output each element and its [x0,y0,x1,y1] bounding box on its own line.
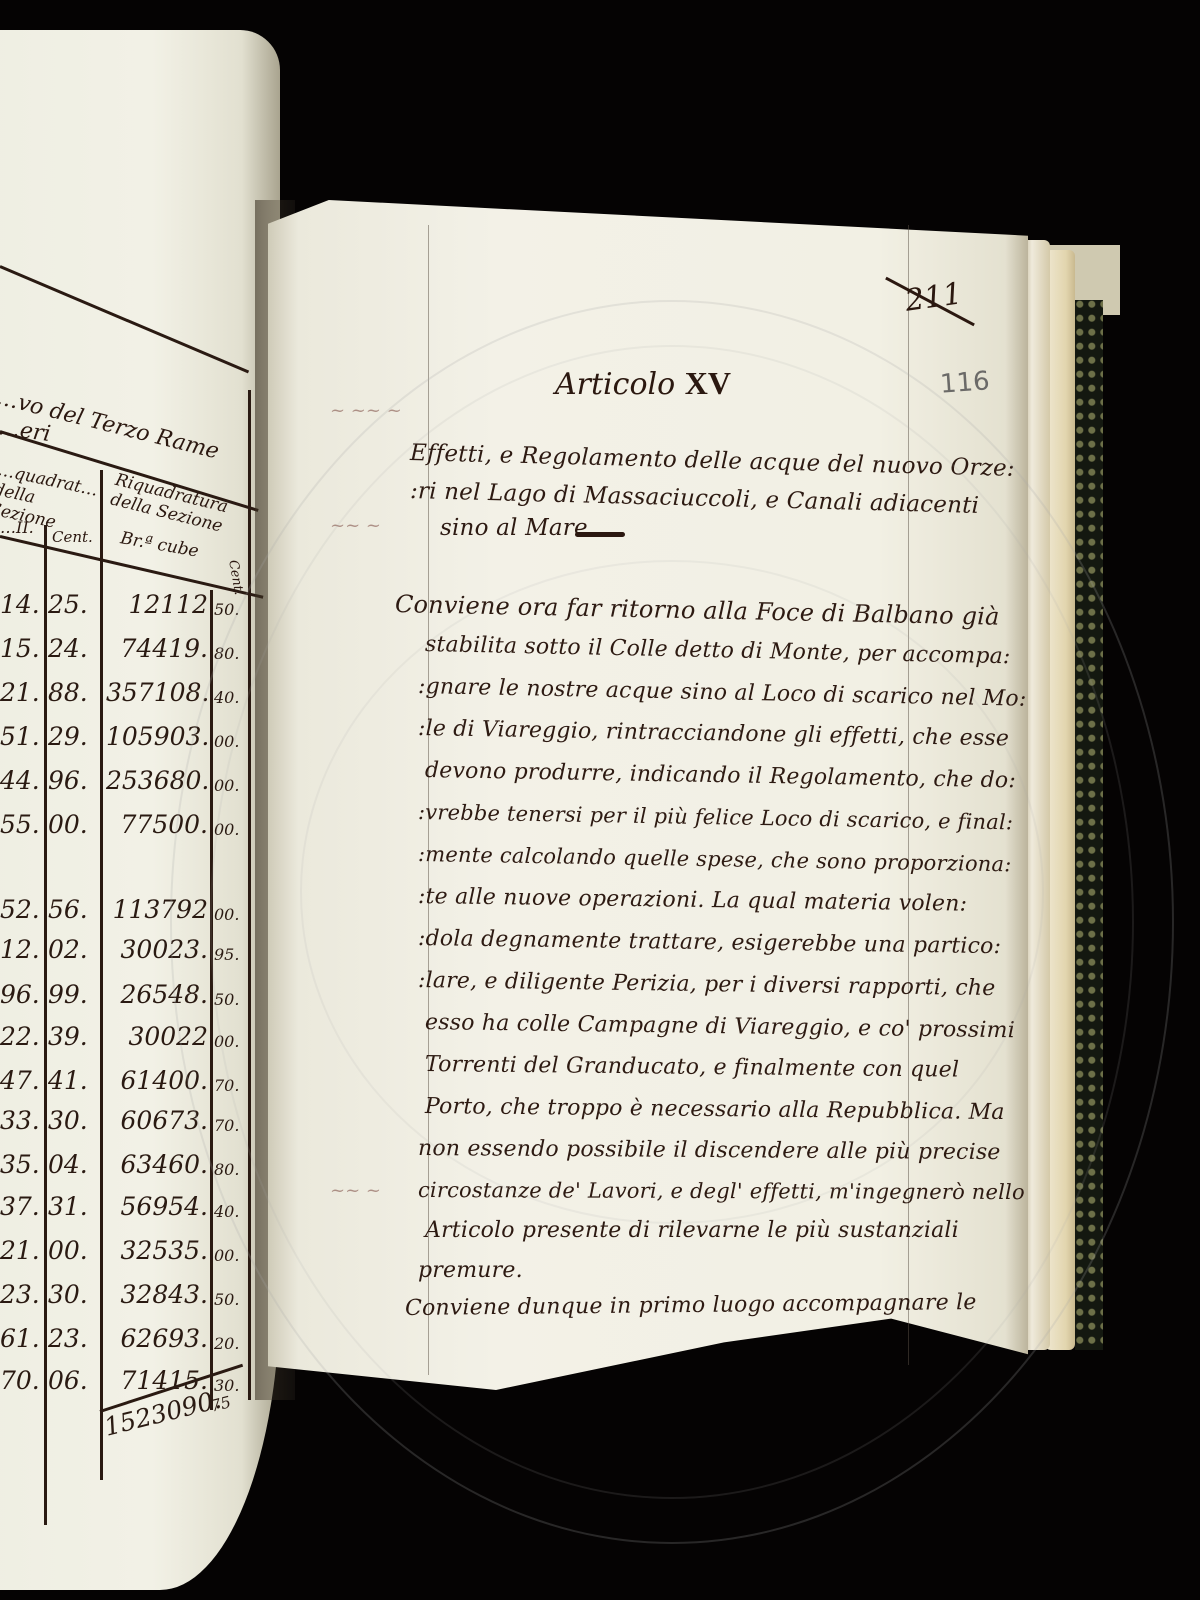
article-word: Articolo [555,367,675,402]
table-row: 22.39.3002200. [0,1022,280,1062]
table-row: 15.24.74419.80. [0,634,280,674]
marbled-cover-edge [1075,300,1103,1350]
article-heading: Articolo XV [555,365,731,402]
article-subtitle-line: sino al Mare [440,515,588,541]
table-row: 21.00.32535.00. [0,1236,280,1276]
total-cents: 75 [208,1392,232,1415]
bleed-through: ~~ ~ [330,515,381,536]
table-row: 55.00.77500.00. [0,810,280,850]
column-subheader: …II. [0,518,34,537]
table-row: 47.41.61400.70. [0,1066,280,1106]
body-line: circostanze de' Lavori, e degl' effetti,… [418,1178,1025,1204]
left-page-table: …vo del Terzo Rame …eri …quadrat… della … [0,30,280,1590]
table-row: 37.31.56954.40. [0,1192,280,1232]
table-row: 21.88.357108.40. [0,678,280,718]
manuscript-photo: …vo del Terzo Rame …eri …quadrat… della … [0,0,1200,1600]
body-line: non essendo possibile il discendere alle… [418,1136,1001,1165]
bleed-through: ~~ ~ [330,1180,381,1201]
table-rule [0,265,249,373]
table-row: 12.02.30023.95. [0,935,280,975]
table-row: 44.96.253680.00. [0,766,280,806]
table-row: 35.04.63460.80. [0,1150,280,1190]
table-row: 96.99.26548.50. [0,980,280,1020]
table-row: 23.30.32843.50. [0,1280,280,1320]
body-line: Articolo presente di rilevarne le più su… [425,1218,959,1243]
heading-flourish [575,532,625,537]
table-row: 61.23.62693.20. [0,1324,280,1364]
article-number: XV [685,365,731,401]
table-row: 51.29.105903.00. [0,722,280,762]
table-row: 52.56.11379200. [0,895,280,935]
pencil-folio-number: 116 [939,366,991,399]
body-line: premure. [418,1258,523,1283]
table-row: 33.30.60673.70. [0,1106,280,1146]
column-subheader-cent: Cent. [52,528,93,546]
left-page: …vo del Terzo Rame …eri …quadrat… della … [0,30,280,1590]
table-row: 14.25.1211250. [0,590,280,630]
column-subheader-volume: Br.ª cube [119,528,200,561]
bleed-through: ~ ~~ ~ [330,400,402,421]
